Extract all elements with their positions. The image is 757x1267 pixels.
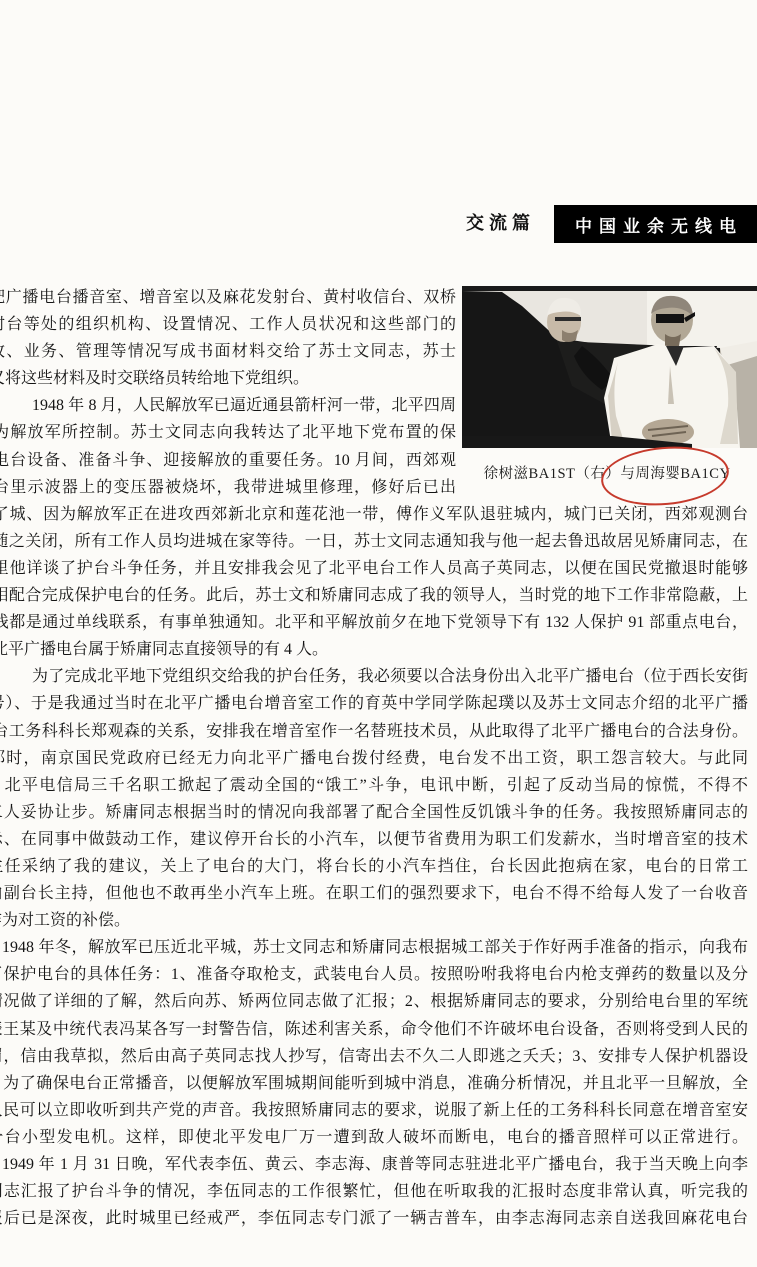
scanned-book-page: 交流篇 中国业余无线电 — [0, 0, 757, 1267]
text-line: 互相配合完成保护电台的任务。此后，苏士文和矫庸同志成了我的领导人，当时党的地下工… — [0, 582, 748, 609]
text-line: 在北平广播电台属于矫庸同志直接领导的有 4 人。 — [0, 636, 748, 663]
series-title: 中国业余无线电 — [568, 212, 743, 237]
text-line: 1949 年 1 月 31 日晚，军代表李伍、黄云、李志海、康普等同志驻进北平广… — [0, 1151, 748, 1178]
text-line: 伍同志汇报了护台斗争的情况，李伍同志的工作很繁忙，但他在听取我的汇报时态度非常认… — [0, 1178, 748, 1205]
text-line: 射台等处的组织机构、设置情况、工作人员状况和这些部门的 — [0, 311, 456, 338]
text-line: 机作为对工资的补偿。 — [0, 907, 748, 934]
text-line: 把广播电台播音室、增音室以及麻花发射台、黄村收信台、双桥 — [0, 284, 456, 311]
text-line: 电台工务科科长郑观森的关系，安排我在增音室作一名替班技术员，从此取得了北平广播电… — [0, 718, 748, 745]
text-line: 汇报后已是深夜，此时城里已经戒严，李伍同志专门派了一辆吉普车，由李志海同志亲自送… — [0, 1205, 748, 1232]
text-line: 已为解放军所控制。苏士文同志向我转达了北平地下党布置的保 — [0, 419, 456, 446]
text-line: 向工人妥协让步。矫庸同志根据当时的情况向我部署了配合全国性反饥饿斗争的任务。我按… — [0, 799, 748, 826]
text-line: 1948 年冬，解放军已压近北平城，苏士文同志和矫庸同志根据城工部关于作好两手准… — [0, 934, 748, 961]
text-line: 不了城、因为解放军正在进攻西郊新北京和莲花池一带，傅作义军队退驻城内，城门已关闭… — [0, 501, 748, 528]
text-line: 护电台设备、准备斗争、迎接解放的重要任务。10 月间，西郊观 — [0, 447, 456, 474]
text-line: 员主任采纳了我的建议，关上了电台的大门，将台长的小汽车挡住，台长因此抱病在家，电… — [0, 853, 748, 880]
text-line: 惩罚，信由我草拟，然后由高子英同志找人抄写，信寄出去不久二人即逃之夭夭；3、安排… — [0, 1043, 748, 1070]
text-line: 也随之关闭，所有工作人员均进城在家等待。一日，苏士文同志通知我与他一起去鲁迅故居… — [0, 528, 748, 555]
text-line: 下线都是通过单线联系，有事单独通知。北平和平解放前夕在地下党领导下有 132 人… — [0, 609, 748, 636]
text-line: 3 号）、于是我通过当时在北平广播电台增音室工作的育英中学同学陈起璞以及苏士文同… — [0, 690, 748, 717]
section-label: 交流篇 — [466, 209, 535, 235]
text-line: 又将这些材料及时交联络员转给地下党组织。 — [0, 365, 456, 392]
series-title-box: 中国业余无线电 — [554, 205, 757, 243]
text-line: 市人民可以立即收听到共产党的声音。我按照矫庸同志的要求，说服了新上任的工务科科长… — [0, 1097, 748, 1124]
text-line: 那时，南京国民党政府已经无力向北平广播电台拨付经费，电台发不出工资，职工怨言较大… — [0, 745, 748, 772]
body-text: 把广播电台播音室、增音室以及麻花发射台、黄村收信台、双桥射台等处的组织机构、设置… — [0, 284, 748, 1232]
text-line: 置了保护电台的具体任务：1、准备夺取枪支，武装电台人员。按照吩咐我将电台内枪支弹… — [0, 961, 748, 988]
text-line: 为了完成北平地下党组织交给我的护台任务，我必须要以合法身份出入北平广播电台（位于… — [0, 663, 748, 690]
text-line: 测台里示波器上的变压器被烧坏，我带进城里修理，修好后已出 — [0, 474, 456, 501]
text-line: 1948 年 8 月，人民解放军已逼近通县箭杆河一带，北平四周 — [0, 392, 456, 419]
text-line: 代表王某及中统代表冯某各写一封警告信，陈述利害关系，命令他们不许破坏电台设备，否… — [0, 1016, 748, 1043]
text-line: 作由副台长主持，但他也不敢再坐小汽车上班。在职工们的强烈要求下，电台不得不给每人… — [0, 880, 748, 907]
text-line: 备、为了确保电台正常播音，以便解放军围城期间能听到城中消息，准确分析情况，并且北… — [0, 1070, 748, 1097]
text-line: 布情况做了详细的了解，然后向苏、矫两位同志做了汇报；2、根据矫庸同志的要求，分别… — [0, 988, 748, 1015]
text-line: 装一台小型发电机。这样，即使北平发电厂万一遭到敌人破坏而断电，电台的播音照样可以… — [0, 1124, 748, 1151]
text-line: 那里他详谈了护台斗争任务，并且安排我会见了北平电台工作人员高子英同志，以便在国民… — [0, 555, 748, 582]
text-line: 指示、在同事中做鼓动工作，建议停开台长的小汽车，以便节省费用为职工们发薪水，当时… — [0, 826, 748, 853]
text-line: 时，北平电信局三千名职工掀起了震动全国的“饿工”斗争，电讯中断，引起了反动当局的… — [0, 772, 748, 799]
text-line: 政、业务、管理等情况写成书面材料交给了苏士文同志，苏士 — [0, 338, 456, 365]
